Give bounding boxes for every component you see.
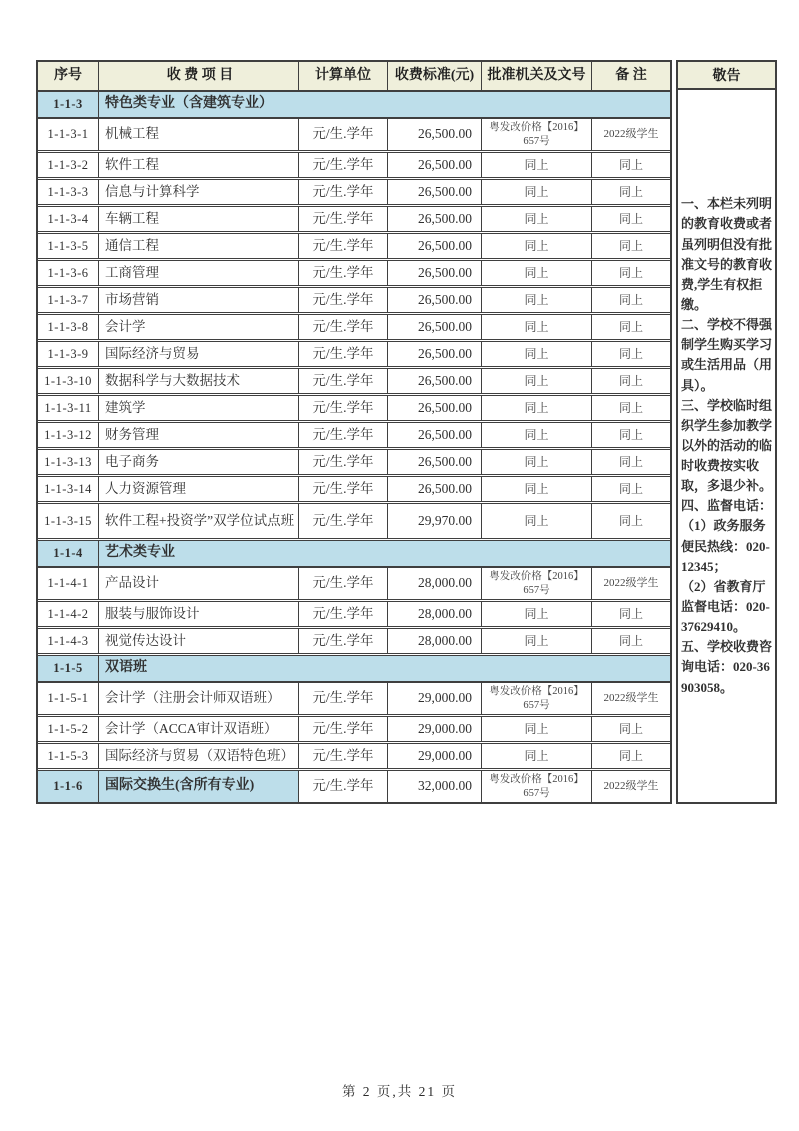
cell-approval: 同上 bbox=[482, 423, 592, 447]
cell-item: 信息与计算科学 bbox=[99, 180, 299, 204]
cell-item: 会计学（注册会计师双语班） bbox=[99, 683, 299, 714]
fee-row: 1-1-6国际交换生(含所有专业)元/生.学年32,000.00粤发改价格【20… bbox=[38, 771, 670, 802]
cell-remark: 同上 bbox=[592, 153, 670, 177]
cell-remark: 同上 bbox=[592, 261, 670, 285]
cell-serial: 1-1-5-3 bbox=[38, 744, 99, 768]
cell-item: 软件工程 bbox=[99, 153, 299, 177]
section-title: 特色类专业（含建筑专业） bbox=[99, 92, 670, 117]
cell-unit: 元/生.学年 bbox=[299, 261, 388, 285]
cell-item: 会计学 bbox=[99, 315, 299, 339]
cell-unit: 元/生.学年 bbox=[299, 342, 388, 366]
cell-item: 市场营销 bbox=[99, 288, 299, 312]
cell-serial: 1-1-3-12 bbox=[38, 423, 99, 447]
document-page: 序号 收 费 项 目 计算单位 收费标准(元) 批准机关及文号 备 注 1-1-… bbox=[0, 0, 799, 1131]
cell-unit: 元/生.学年 bbox=[299, 602, 388, 626]
cell-remark: 同上 bbox=[592, 315, 670, 339]
page-footer: 第 2 页,共 21 页 bbox=[0, 1080, 799, 1100]
cell-approval: 同上 bbox=[482, 477, 592, 501]
section-row: 1-1-4艺术类专业 bbox=[38, 541, 670, 568]
cell-standard: 26,500.00 bbox=[388, 119, 482, 150]
cell-item: 工商管理 bbox=[99, 261, 299, 285]
fee-row: 1-1-3-13电子商务元/生.学年26,500.00同上同上 bbox=[38, 450, 670, 477]
cell-unit: 元/生.学年 bbox=[299, 450, 388, 474]
table-header-row: 序号 收 费 项 目 计算单位 收费标准(元) 批准机关及文号 备 注 bbox=[38, 62, 670, 92]
fee-row: 1-1-4-3视觉传达设计元/生.学年28,000.00同上同上 bbox=[38, 629, 670, 656]
col-header-remark: 备 注 bbox=[592, 62, 670, 90]
fee-row: 1-1-3-8会计学元/生.学年26,500.00同上同上 bbox=[38, 315, 670, 342]
fee-row: 1-1-3-14人力资源管理元/生.学年26,500.00同上同上 bbox=[38, 477, 670, 504]
cell-approval: 同上 bbox=[482, 717, 592, 741]
cell-remark: 同上 bbox=[592, 450, 670, 474]
cell-approval: 同上 bbox=[482, 315, 592, 339]
cell-item: 建筑学 bbox=[99, 396, 299, 420]
cell-standard: 26,500.00 bbox=[388, 423, 482, 447]
notice-text: 一、本栏未列明的教育收费或者虽列明但没有批准文号的教育收费,学生有权拒缴。 二、… bbox=[676, 90, 777, 804]
cell-remark: 2022级学生 bbox=[592, 683, 670, 714]
cell-standard: 26,500.00 bbox=[388, 396, 482, 420]
cell-remark: 同上 bbox=[592, 602, 670, 626]
cell-item: 国际经济与贸易 bbox=[99, 342, 299, 366]
col-header-approval: 批准机关及文号 bbox=[482, 62, 592, 90]
cell-item: 财务管理 bbox=[99, 423, 299, 447]
section-title: 双语班 bbox=[99, 656, 670, 681]
cell-standard: 26,500.00 bbox=[388, 261, 482, 285]
notice-column: 敬告 一、本栏未列明的教育收费或者虽列明但没有批准文号的教育收费,学生有权拒缴。… bbox=[676, 60, 777, 804]
notice-header: 敬告 bbox=[676, 60, 777, 90]
cell-approval: 同上 bbox=[482, 288, 592, 312]
cell-unit: 元/生.学年 bbox=[299, 315, 388, 339]
cell-item: 人力资源管理 bbox=[99, 477, 299, 501]
cell-remark: 同上 bbox=[592, 369, 670, 393]
cell-item: 视觉传达设计 bbox=[99, 629, 299, 653]
cell-serial: 1-1-4-2 bbox=[38, 602, 99, 626]
fee-row: 1-1-3-10数据科学与大数据技术元/生.学年26,500.00同上同上 bbox=[38, 369, 670, 396]
section-id: 1-1-3 bbox=[38, 92, 99, 117]
cell-unit: 元/生.学年 bbox=[299, 180, 388, 204]
cell-serial: 1-1-3-4 bbox=[38, 207, 99, 231]
cell-unit: 元/生.学年 bbox=[299, 288, 388, 312]
cell-item: 软件工程+投资学”双学位试点班 bbox=[99, 504, 299, 538]
cell-standard: 26,500.00 bbox=[388, 450, 482, 474]
section-id: 1-1-4 bbox=[38, 541, 99, 566]
fee-table: 序号 收 费 项 目 计算单位 收费标准(元) 批准机关及文号 备 注 1-1-… bbox=[36, 60, 777, 804]
cell-standard: 29,000.00 bbox=[388, 717, 482, 741]
cell-unit: 元/生.学年 bbox=[299, 771, 388, 802]
cell-approval: 同上 bbox=[482, 180, 592, 204]
cell-remark: 同上 bbox=[592, 423, 670, 447]
cell-item: 电子商务 bbox=[99, 450, 299, 474]
cell-standard: 29,970.00 bbox=[388, 504, 482, 538]
cell-unit: 元/生.学年 bbox=[299, 119, 388, 150]
cell-standard: 26,500.00 bbox=[388, 342, 482, 366]
cell-standard: 26,500.00 bbox=[388, 315, 482, 339]
fee-row: 1-1-4-2服装与服饰设计元/生.学年28,000.00同上同上 bbox=[38, 602, 670, 629]
cell-remark: 同上 bbox=[592, 342, 670, 366]
fee-row: 1-1-3-1机械工程元/生.学年26,500.00粤发改价格【2016】 65… bbox=[38, 119, 670, 153]
col-header-serial: 序号 bbox=[38, 62, 99, 90]
cell-unit: 元/生.学年 bbox=[299, 717, 388, 741]
cell-unit: 元/生.学年 bbox=[299, 568, 388, 599]
cell-standard: 26,500.00 bbox=[388, 369, 482, 393]
cell-item: 会计学（ACCA审计双语班） bbox=[99, 717, 299, 741]
cell-standard: 26,500.00 bbox=[388, 234, 482, 258]
cell-standard: 26,500.00 bbox=[388, 288, 482, 312]
cell-serial: 1-1-6 bbox=[38, 771, 99, 802]
cell-serial: 1-1-3-14 bbox=[38, 477, 99, 501]
cell-standard: 32,000.00 bbox=[388, 771, 482, 802]
cell-remark: 同上 bbox=[592, 717, 670, 741]
cell-approval: 同上 bbox=[482, 207, 592, 231]
cell-approval: 同上 bbox=[482, 450, 592, 474]
cell-standard: 29,000.00 bbox=[388, 744, 482, 768]
cell-item: 产品设计 bbox=[99, 568, 299, 599]
cell-serial: 1-1-3-3 bbox=[38, 180, 99, 204]
cell-remark: 同上 bbox=[592, 396, 670, 420]
cell-serial: 1-1-3-9 bbox=[38, 342, 99, 366]
fee-row: 1-1-3-4车辆工程元/生.学年26,500.00同上同上 bbox=[38, 207, 670, 234]
fee-row: 1-1-3-11建筑学元/生.学年26,500.00同上同上 bbox=[38, 396, 670, 423]
cell-serial: 1-1-3-6 bbox=[38, 261, 99, 285]
cell-serial: 1-1-3-5 bbox=[38, 234, 99, 258]
cell-unit: 元/生.学年 bbox=[299, 369, 388, 393]
section-id: 1-1-5 bbox=[38, 656, 99, 681]
cell-unit: 元/生.学年 bbox=[299, 396, 388, 420]
cell-standard: 28,000.00 bbox=[388, 602, 482, 626]
cell-remark: 同上 bbox=[592, 504, 670, 538]
cell-remark: 同上 bbox=[592, 234, 670, 258]
cell-remark: 2022级学生 bbox=[592, 119, 670, 150]
cell-remark: 2022级学生 bbox=[592, 771, 670, 802]
fee-row: 1-1-3-3信息与计算科学元/生.学年26,500.00同上同上 bbox=[38, 180, 670, 207]
cell-standard: 26,500.00 bbox=[388, 477, 482, 501]
cell-serial: 1-1-3-13 bbox=[38, 450, 99, 474]
cell-standard: 26,500.00 bbox=[388, 180, 482, 204]
cell-approval: 同上 bbox=[482, 261, 592, 285]
fee-row: 1-1-3-15软件工程+投资学”双学位试点班元/生.学年29,970.00同上… bbox=[38, 504, 670, 541]
cell-remark: 2022级学生 bbox=[592, 568, 670, 599]
fee-row: 1-1-3-7市场营销元/生.学年26,500.00同上同上 bbox=[38, 288, 670, 315]
cell-serial: 1-1-3-1 bbox=[38, 119, 99, 150]
cell-standard: 29,000.00 bbox=[388, 683, 482, 714]
cell-serial: 1-1-3-2 bbox=[38, 153, 99, 177]
cell-approval: 同上 bbox=[482, 629, 592, 653]
cell-item: 国际经济与贸易（双语特色班） bbox=[99, 744, 299, 768]
section-title: 艺术类专业 bbox=[99, 541, 670, 566]
cell-standard: 26,500.00 bbox=[388, 153, 482, 177]
fee-row: 1-1-4-1产品设计元/生.学年28,000.00粤发改价格【2016】 65… bbox=[38, 568, 670, 602]
cell-approval: 粤发改价格【2016】 657号 bbox=[482, 683, 592, 714]
section-row: 1-1-3特色类专业（含建筑专业） bbox=[38, 92, 670, 119]
cell-approval: 同上 bbox=[482, 744, 592, 768]
fee-row: 1-1-3-5通信工程元/生.学年26,500.00同上同上 bbox=[38, 234, 670, 261]
cell-serial: 1-1-3-11 bbox=[38, 396, 99, 420]
fee-row: 1-1-3-9国际经济与贸易元/生.学年26,500.00同上同上 bbox=[38, 342, 670, 369]
section-row: 1-1-5双语班 bbox=[38, 656, 670, 683]
cell-remark: 同上 bbox=[592, 207, 670, 231]
table-rows: 1-1-3特色类专业（含建筑专业）1-1-3-1机械工程元/生.学年26,500… bbox=[38, 92, 670, 802]
cell-remark: 同上 bbox=[592, 180, 670, 204]
cell-approval: 同上 bbox=[482, 153, 592, 177]
fee-row: 1-1-5-2会计学（ACCA审计双语班）元/生.学年29,000.00同上同上 bbox=[38, 717, 670, 744]
cell-serial: 1-1-3-8 bbox=[38, 315, 99, 339]
cell-approval: 粤发改价格【2016】 657号 bbox=[482, 568, 592, 599]
cell-remark: 同上 bbox=[592, 288, 670, 312]
cell-item: 机械工程 bbox=[99, 119, 299, 150]
cell-approval: 粤发改价格【2016】 657号 bbox=[482, 119, 592, 150]
cell-remark: 同上 bbox=[592, 629, 670, 653]
cell-serial: 1-1-4-3 bbox=[38, 629, 99, 653]
cell-unit: 元/生.学年 bbox=[299, 234, 388, 258]
cell-item: 数据科学与大数据技术 bbox=[99, 369, 299, 393]
cell-unit: 元/生.学年 bbox=[299, 423, 388, 447]
col-header-unit: 计算单位 bbox=[299, 62, 388, 90]
cell-item: 车辆工程 bbox=[99, 207, 299, 231]
cell-standard: 28,000.00 bbox=[388, 629, 482, 653]
fee-row: 1-1-5-3国际经济与贸易（双语特色班）元/生.学年29,000.00同上同上 bbox=[38, 744, 670, 771]
fee-table-main: 序号 收 费 项 目 计算单位 收费标准(元) 批准机关及文号 备 注 1-1-… bbox=[36, 60, 672, 804]
cell-approval: 粤发改价格【2016】 657号 bbox=[482, 771, 592, 802]
col-header-standard: 收费标准(元) bbox=[388, 62, 482, 90]
fee-row: 1-1-3-2软件工程元/生.学年26,500.00同上同上 bbox=[38, 153, 670, 180]
col-header-item: 收 费 项 目 bbox=[99, 62, 299, 90]
cell-unit: 元/生.学年 bbox=[299, 504, 388, 538]
cell-standard: 28,000.00 bbox=[388, 568, 482, 599]
cell-serial: 1-1-3-7 bbox=[38, 288, 99, 312]
cell-unit: 元/生.学年 bbox=[299, 683, 388, 714]
cell-item: 国际交换生(含所有专业) bbox=[99, 771, 299, 802]
cell-unit: 元/生.学年 bbox=[299, 744, 388, 768]
cell-remark: 同上 bbox=[592, 744, 670, 768]
fee-row: 1-1-3-6工商管理元/生.学年26,500.00同上同上 bbox=[38, 261, 670, 288]
cell-approval: 同上 bbox=[482, 396, 592, 420]
cell-approval: 同上 bbox=[482, 342, 592, 366]
cell-serial: 1-1-4-1 bbox=[38, 568, 99, 599]
cell-serial: 1-1-3-10 bbox=[38, 369, 99, 393]
cell-item: 服装与服饰设计 bbox=[99, 602, 299, 626]
cell-remark: 同上 bbox=[592, 477, 670, 501]
cell-serial: 1-1-3-15 bbox=[38, 504, 99, 538]
fee-row: 1-1-3-12财务管理元/生.学年26,500.00同上同上 bbox=[38, 423, 670, 450]
cell-serial: 1-1-5-1 bbox=[38, 683, 99, 714]
cell-unit: 元/生.学年 bbox=[299, 477, 388, 501]
fee-row: 1-1-5-1会计学（注册会计师双语班）元/生.学年29,000.00粤发改价格… bbox=[38, 683, 670, 717]
cell-standard: 26,500.00 bbox=[388, 207, 482, 231]
cell-approval: 同上 bbox=[482, 504, 592, 538]
cell-unit: 元/生.学年 bbox=[299, 207, 388, 231]
cell-approval: 同上 bbox=[482, 602, 592, 626]
cell-approval: 同上 bbox=[482, 369, 592, 393]
cell-unit: 元/生.学年 bbox=[299, 629, 388, 653]
cell-approval: 同上 bbox=[482, 234, 592, 258]
cell-serial: 1-1-5-2 bbox=[38, 717, 99, 741]
cell-unit: 元/生.学年 bbox=[299, 153, 388, 177]
cell-item: 通信工程 bbox=[99, 234, 299, 258]
